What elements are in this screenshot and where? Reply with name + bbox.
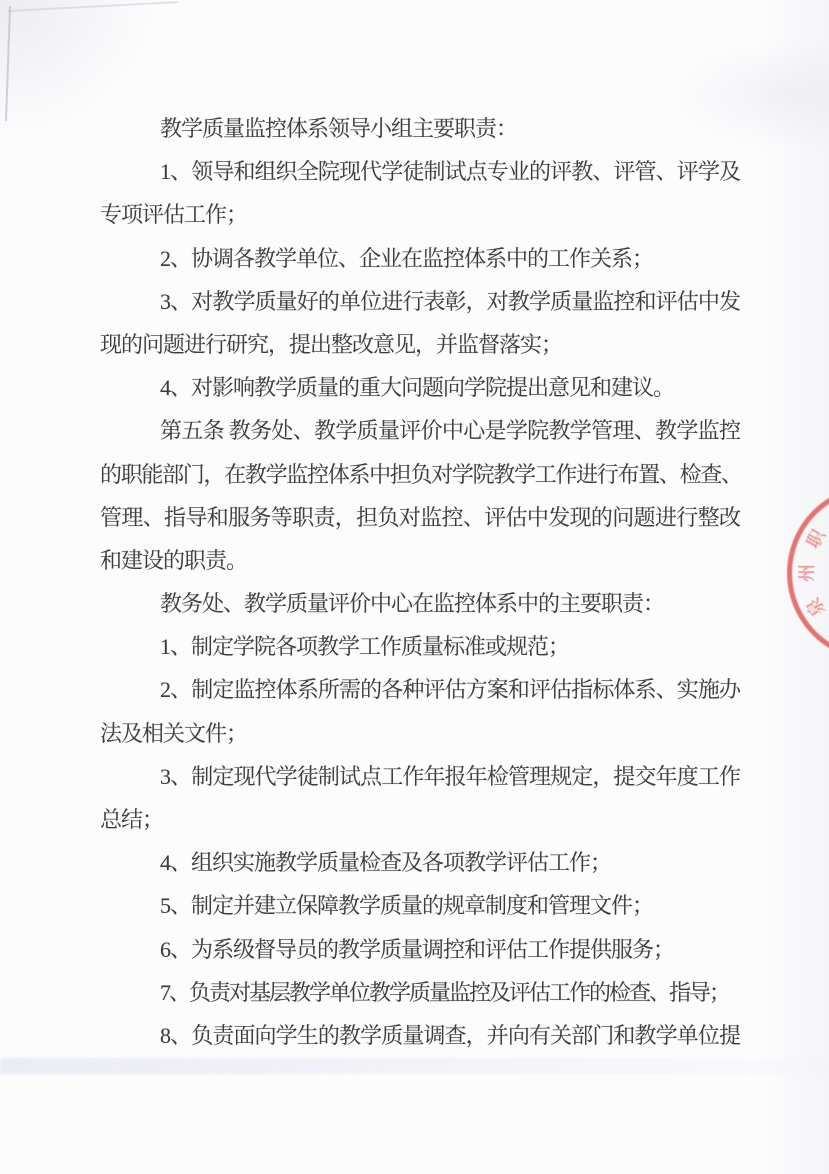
scan-shading-right-edge <box>759 0 829 1174</box>
text-line: 专项评估工作； <box>100 193 740 236</box>
text-line: 1、领导和组织全院现代学徒制试点专业的评教、评管、评学及 <box>100 150 740 193</box>
text-line: 2、制定监控体系所需的各种评估方案和评估指标体系、实施办 <box>100 668 740 711</box>
text-line: 3、制定现代学徒制试点工作年报年检管理规定，提交年度工作 <box>100 755 740 798</box>
text-line: 6、为系级督导员的教学质量调控和评估工作提供服务； <box>100 928 740 971</box>
scan-shading-bottom-band <box>0 1058 829 1074</box>
text-line: 4、对影响教学质量的重大问题向学院提出意见和建议。 <box>100 366 740 409</box>
text-line: 8、负责面向学生的教学质量调查，并向有关部门和教学单位提 <box>100 1014 740 1057</box>
seal-character: 职 <box>802 525 829 552</box>
document-page: 教学质量监控体系领导小组主要职责： 1、领导和组织全院现代学徒制试点专业的评教、… <box>100 107 740 1057</box>
scan-page-edge-line <box>5 6 11 121</box>
text-line: 和建设的职责。 <box>100 539 740 582</box>
text-line: 2、协调各教学单位、企业在监控体系中的工作关系； <box>100 237 740 280</box>
text-line: 3、对教学质量好的单位进行表彰，对教学质量监控和评估中发 <box>100 280 740 323</box>
article-5-heading: 第五条 教务处、教学质量评价中心是学院教学管理、教学监控 <box>100 409 740 452</box>
text-line: 法及相关文件； <box>100 712 740 755</box>
text-line: 的职能部门，在教学监控体系中担负对学院教学工作进行布置、检查、 <box>100 453 740 496</box>
scan-page-edge-diagonal <box>8 1 178 11</box>
text-line: 现的问题进行研究，提出整改意见，并监督落实； <box>100 323 740 366</box>
text-line: 7、负责对基层教学单位教学质量监控及评估工作的检查、指导； <box>100 971 740 1014</box>
text-line: 总结； <box>100 798 740 841</box>
section-heading: 教务处、教学质量评价中心在监控体系中的主要职责： <box>100 582 740 625</box>
seal-ring-icon <box>787 485 829 661</box>
text-line: 4、组织实施教学质量检查及各项教学评估工作； <box>100 841 740 884</box>
section-heading: 教学质量监控体系领导小组主要职责： <box>100 107 740 150</box>
text-line: 管理、指导和服务等职责，担负对监控、评估中发现的问题进行整改 <box>100 496 740 539</box>
seal-character: 泉 <box>802 593 829 620</box>
seal-character: 州 <box>797 563 817 583</box>
text-line: 1、制定学院各项教学工作质量标准或规范； <box>100 625 740 668</box>
text-line: 5、制定并建立保障教学质量的规章制度和管理文件； <box>100 884 740 927</box>
